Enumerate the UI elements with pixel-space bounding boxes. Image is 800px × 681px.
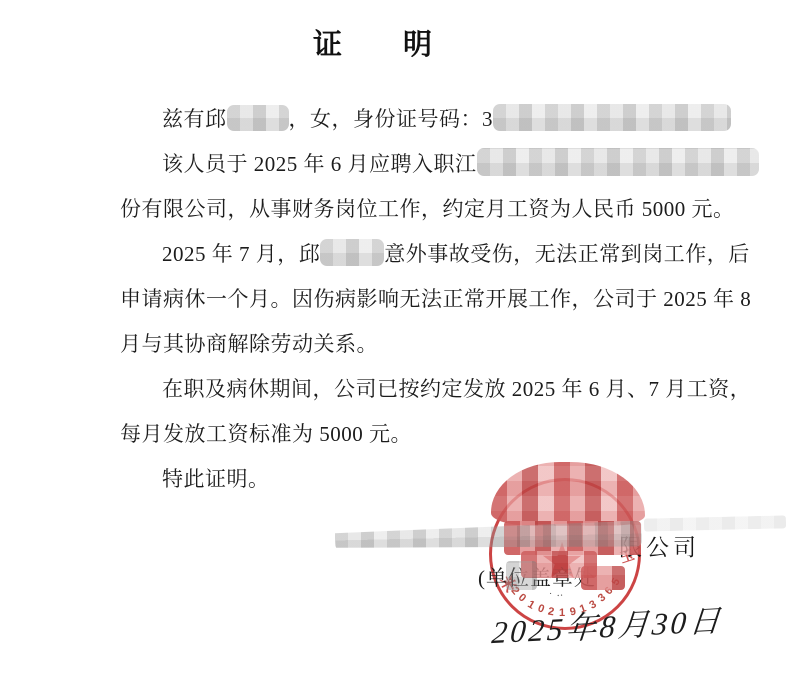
redacted-text [477, 148, 759, 176]
document-body: 兹有邱，女，身份证号码：3该人员于 2025 年 6 月应聘入职江份有限公司，从… [120, 97, 760, 502]
text-segment: 在职及病休期间，公司已按约定发放 2025 年 6 月、7 月工资， [162, 377, 751, 401]
text-segment: 申请病休一个月。因伤病影响无法正常开展工作，公司于 2025 年 8 [120, 287, 751, 311]
text-line: 月与其协商解除劳动关系。 [120, 322, 760, 367]
text-line: 该人员于 2025 年 6 月应聘入职江 [120, 142, 760, 187]
text-segment: 特此证明。 [162, 467, 270, 491]
text-line: 申请病休一个月。因伤病影响无法正常开展工作，公司于 2025 年 8 [120, 277, 760, 322]
redaction-block-seal-right [581, 566, 625, 590]
text-segment: 月与其协商解除劳动关系。 [120, 332, 378, 356]
text-line: 每月发放工资标准为 5000 元。 [120, 412, 760, 457]
redacted-text [493, 104, 731, 131]
document-title: 证 明 [313, 22, 433, 63]
text-segment: 2025 年 7 月，邱 [162, 242, 320, 266]
text-segment: 该人员于 2025 年 6 月应聘入职江 [162, 152, 477, 176]
redacted-text [227, 105, 289, 131]
text-line: 兹有邱，女，身份证号码：3 [120, 97, 760, 142]
redacted-text [320, 239, 384, 266]
text-line: 在职及病休期间，公司已按约定发放 2025 年 6 月、7 月工资， [120, 367, 760, 412]
ink-smudge: ·‥ [548, 587, 567, 600]
certificate-page: 证 明 兹有邱，女，身份证号码：3该人员于 2025 年 6 月应聘入职江份有限… [0, 0, 800, 681]
redaction-block-caption [506, 561, 537, 590]
text-segment: 每月发放工资标准为 5000 元。 [120, 422, 412, 446]
text-line: 2025 年 7 月，邱意外事故受伤，无法正常到岗工作，后 [120, 232, 760, 277]
text-line: 份有限公司，从事财务岗位工作，约定月工资为人民币 5000 元。 [120, 187, 760, 232]
text-segment: ，女，身份证号码：3 [289, 107, 494, 131]
text-segment: 兹有邱 [162, 107, 227, 131]
text-segment: 意外事故受伤，无法正常到岗工作，后 [384, 242, 750, 266]
redaction-block-company-line-tail [644, 515, 786, 531]
text-segment: 份有限公司，从事财务岗位工作，约定月工资为人民币 5000 元。 [120, 197, 735, 221]
text-line: 特此证明。 [120, 457, 760, 502]
